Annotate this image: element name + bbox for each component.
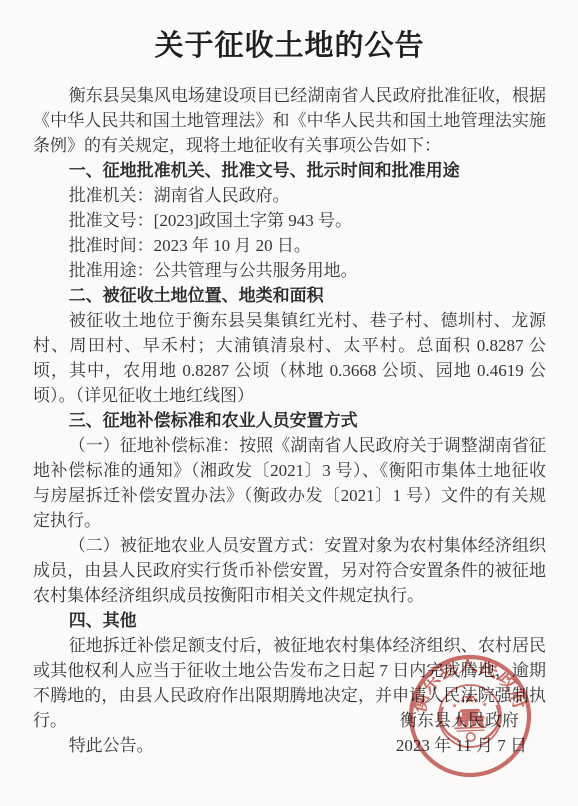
- section-3-heading: 三、征地补偿标准和农业人员安置方式: [33, 408, 546, 433]
- intro-paragraph: 衡东县吴集风电场建设项目已经湖南省人民政府批准征收，根据《中华人民共和国土地管理…: [33, 83, 546, 158]
- section-1-heading: 一、征地批准机关、批准文号、批示时间和批准用途: [33, 158, 546, 183]
- approval-authority-line: 批准机关：湖南省人民政府。: [33, 183, 546, 208]
- seal-arc-text: 衡东县人民政府: [405, 652, 533, 716]
- section-2-heading: 二、被征收土地位置、地类和面积: [33, 283, 546, 308]
- seal-graphic: 衡东县人民政府: [402, 648, 539, 785]
- resettlement-paragraph: （二）被征地农业人员安置方式：安置对象为农村集体经济组织成员，由县人民政府实行货…: [33, 533, 546, 608]
- national-emblem-icon: [438, 684, 502, 748]
- section-4-heading: 四、其他: [33, 608, 546, 633]
- approval-date-line: 批准时间：2023 年 10 月 20 日。: [33, 233, 546, 258]
- compensation-paragraph: （一）征地补偿标准：按照《湖南省人民政府关于调整湖南省征地补偿标准的通知》（湘政…: [33, 433, 546, 533]
- land-location-paragraph: 被征收土地位于衡东县吴集镇红光村、巷子村、德圳村、龙源村、周田村、早禾村；大浦镇…: [33, 308, 546, 408]
- document-content: 关于征收土地的公告 衡东县吴集风电场建设项目已经湖南省人民政府批准征收，根据《中…: [33, 0, 546, 758]
- approval-use-line: 批准用途：公共管理与公共服务用地。: [33, 258, 546, 283]
- official-seal: 衡东县人民政府: [402, 648, 539, 785]
- announcement-page: 关于征收土地的公告 衡东县吴集风电场建设项目已经湖南省人民政府批准征收，根据《中…: [0, 0, 578, 806]
- page-title: 关于征收土地的公告: [33, 27, 546, 65]
- approval-number-line: 批准文号：[2023]政国土字第 943 号。: [33, 208, 546, 233]
